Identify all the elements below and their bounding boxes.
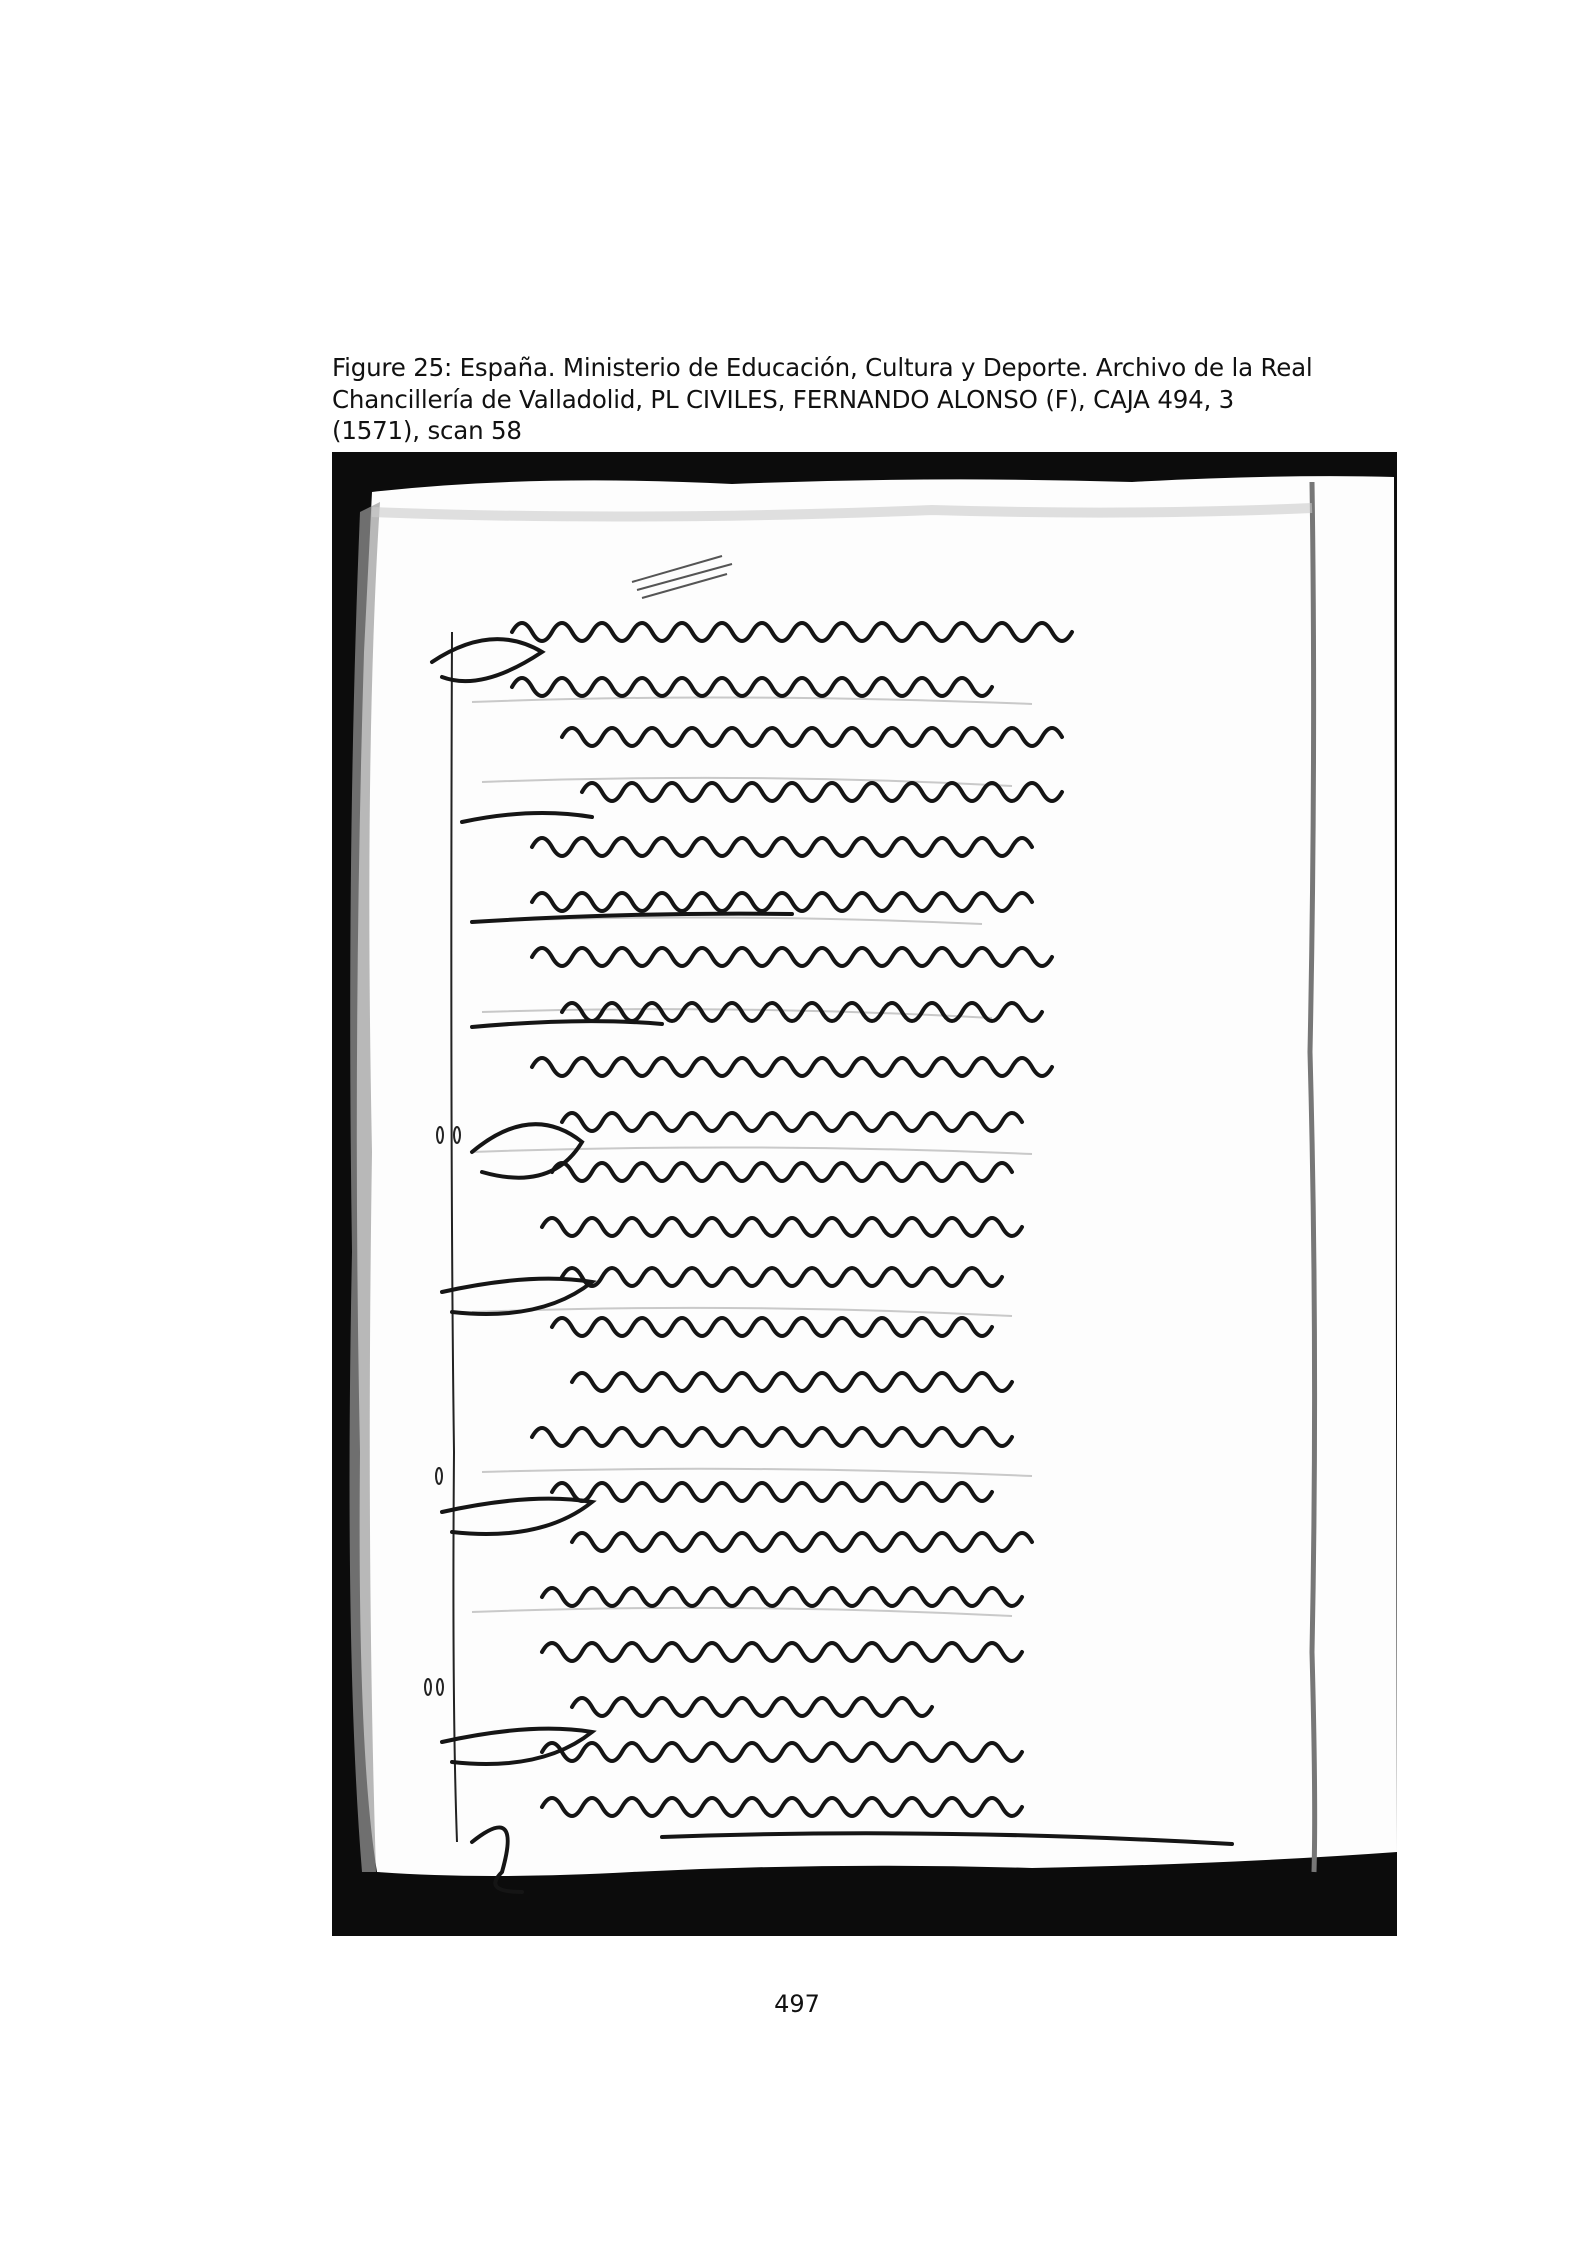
figure-caption: Figure 25: España. Ministerio de Educaci… <box>332 352 1402 447</box>
caption-line-3: (1571), scan 58 <box>332 415 1402 447</box>
caption-line-1: Figure 25: España. Ministerio de Educaci… <box>332 352 1402 384</box>
manuscript-scan-image <box>332 452 1397 1936</box>
manuscript-page-illustration <box>332 452 1397 1936</box>
page-number: 497 <box>0 1990 1594 2018</box>
caption-line-2: Chancillería de Valladolid, PL CIVILES, … <box>332 384 1402 416</box>
